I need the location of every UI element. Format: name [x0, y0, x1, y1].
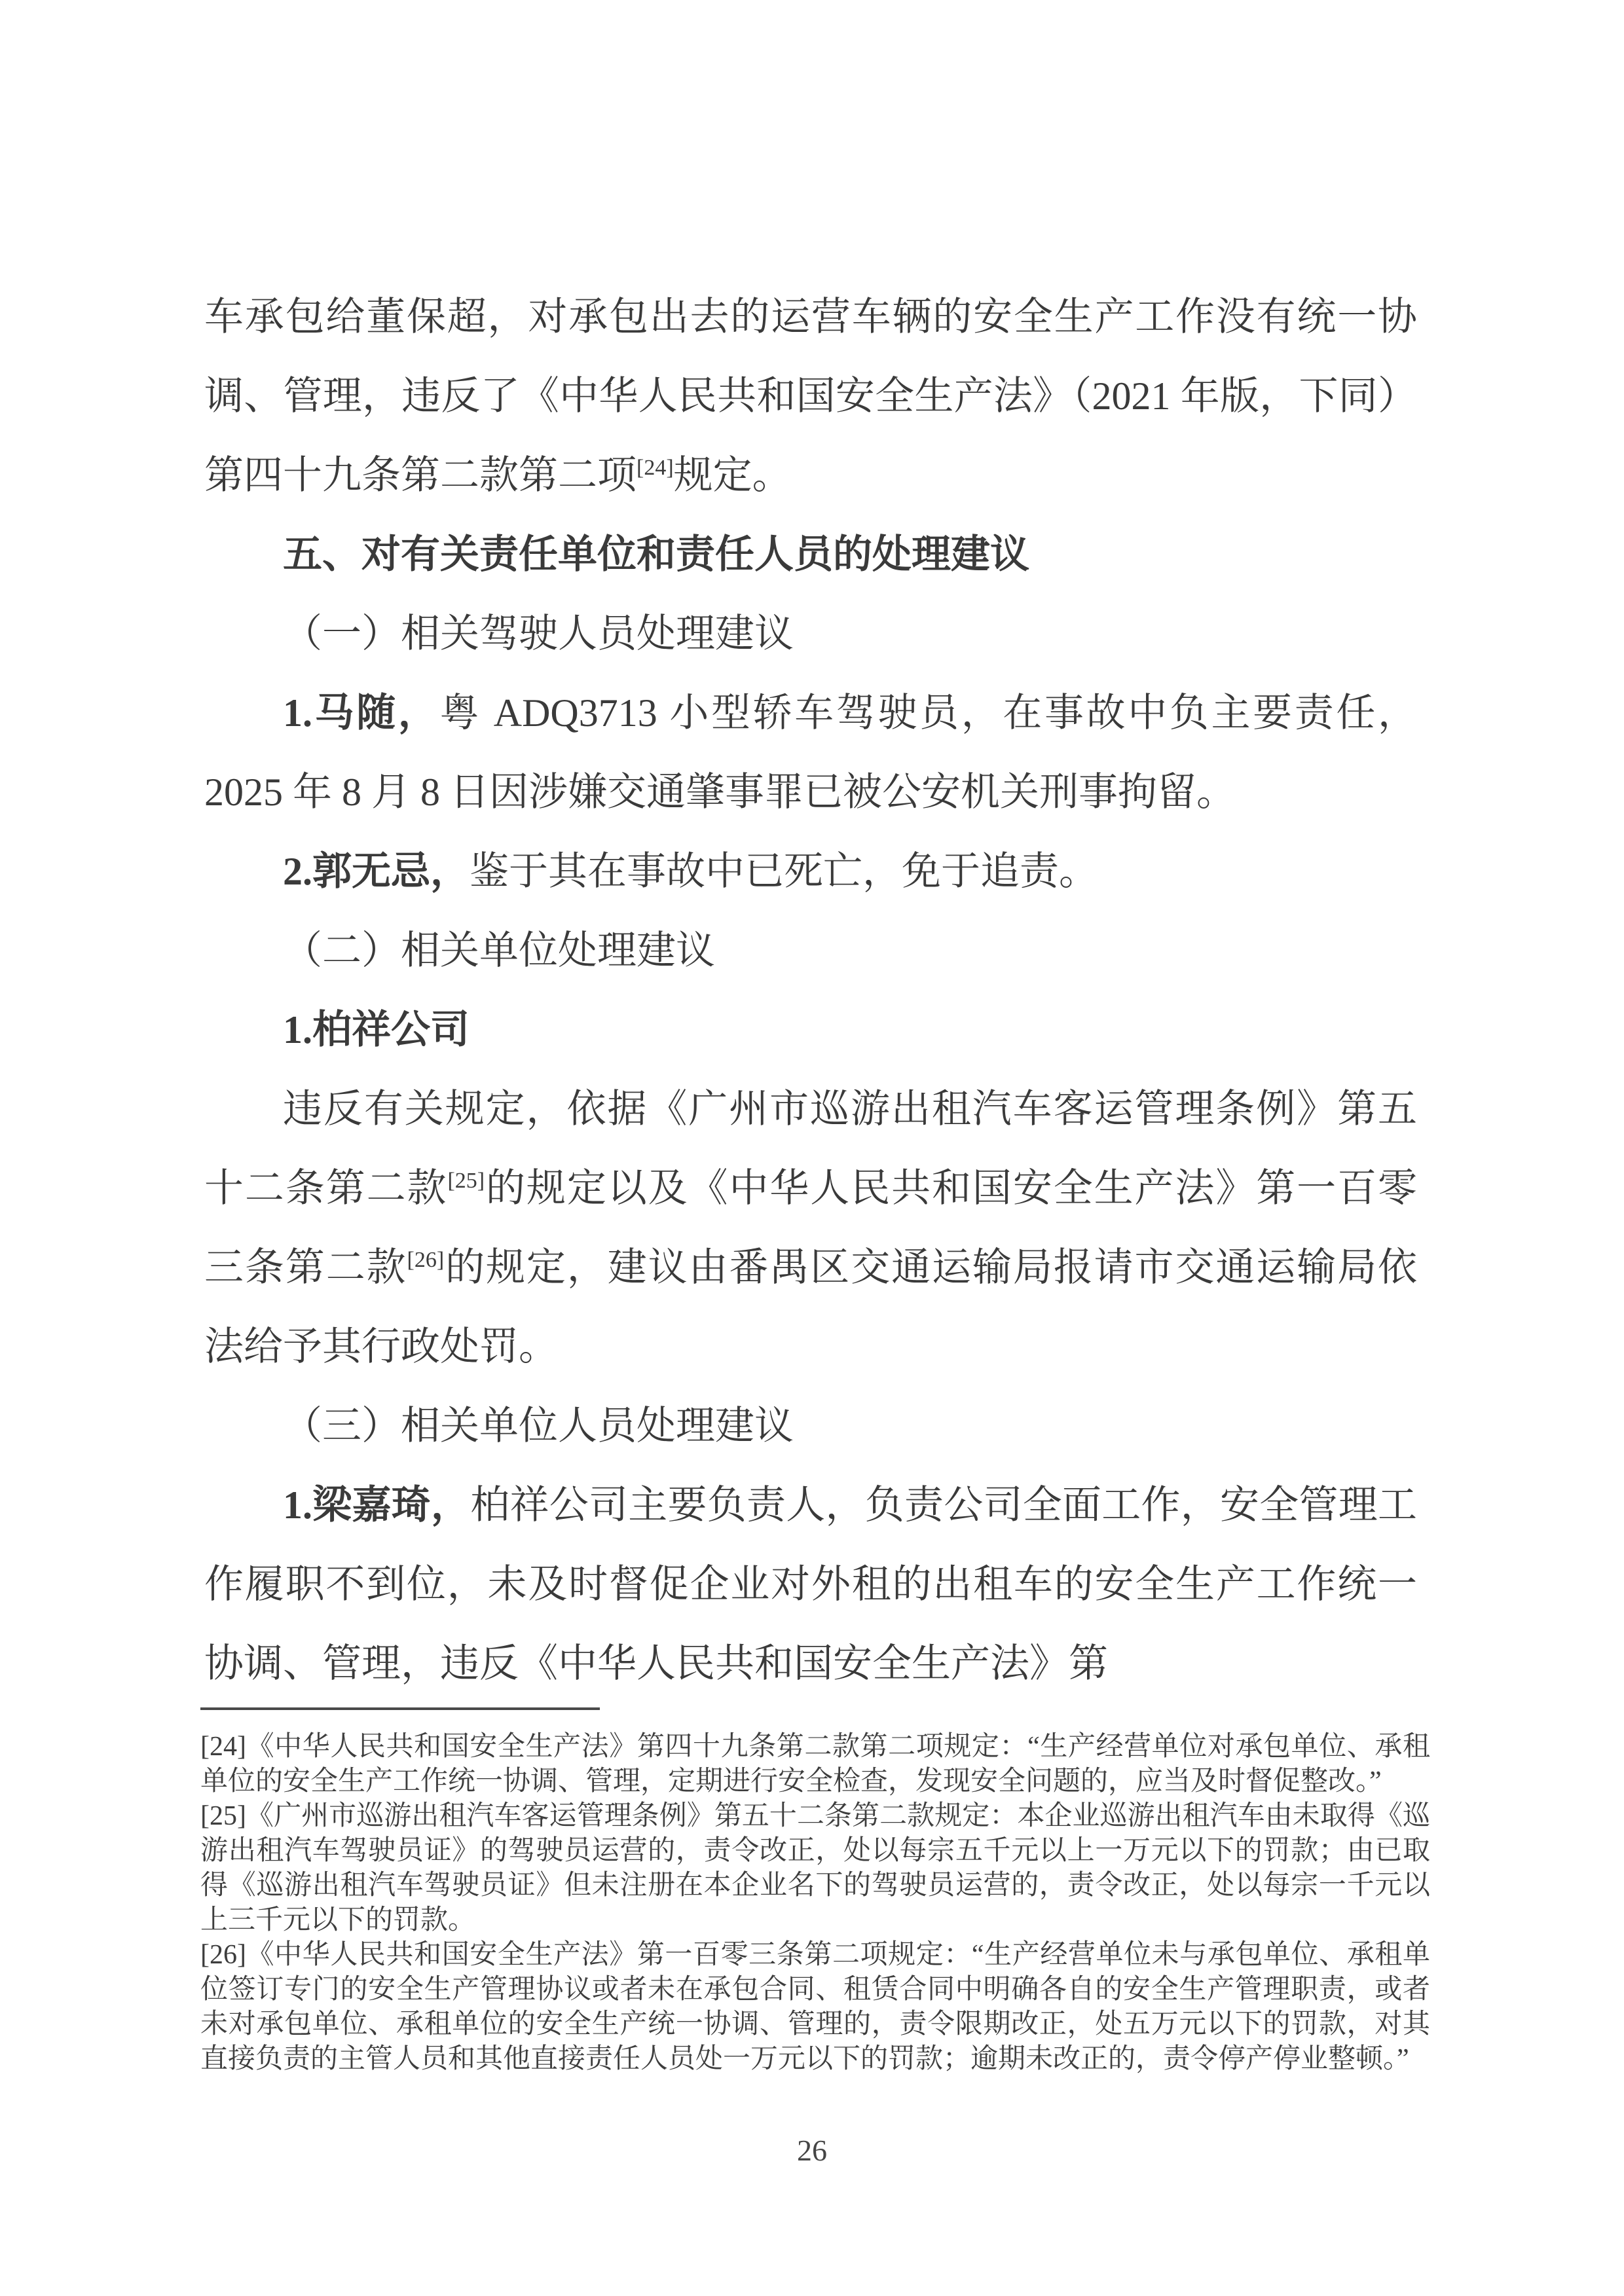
- footnote-ref-26: [26]: [407, 1248, 445, 1272]
- paragraph-company-heading: 1.柏祥公司: [204, 991, 1417, 1070]
- footnote-26: [26]《中华人民共和国安全生产法》第一百零三条第二项规定：“生产经营单位未与承…: [200, 1938, 1430, 2077]
- company-name: 1.柏祥公司: [283, 1008, 470, 1051]
- paragraph-continuation: 车承包给董保超，对承包出去的运营车辆的安全生产工作没有统一协调、管理，违反了《中…: [204, 278, 1417, 515]
- subsection-heading-1: （一）相关驾驶人员处理建议: [204, 594, 1417, 674]
- subsection-heading-2: （二）相关单位处理建议: [204, 911, 1417, 991]
- paragraph-text: 规定。: [674, 454, 792, 497]
- subsection-heading-3: （三）相关单位人员处理建议: [204, 1387, 1417, 1466]
- document-body: 车承包给董保超，对承包出去的运营车辆的安全生产工作没有统一协调、管理，违反了《中…: [204, 278, 1417, 1704]
- page-number: 26: [0, 2133, 1624, 2168]
- person-name: 2.郭无忌，: [283, 850, 470, 893]
- footnote-ref-25: [25]: [447, 1169, 485, 1193]
- footnote-25: [25]《广州市巡游出租汽车客运管理条例》第五十二条第二款规定：本企业巡游出租汽…: [200, 1799, 1430, 1938]
- footnote-separator: [200, 1707, 600, 1710]
- document-page: 车承包给董保超，对承包出去的运营车辆的安全生产工作没有统一协调、管理，违反了《中…: [0, 0, 1624, 2296]
- person-name: 1.梁嘉琦，: [283, 1484, 470, 1527]
- footnote-24: [24]《中华人民共和国安全生产法》第四十九条第二款第二项规定：“生产经营单位对…: [200, 1730, 1430, 1799]
- footnotes: [24]《中华人民共和国安全生产法》第四十九条第二款第二项规定：“生产经营单位对…: [200, 1707, 1430, 2077]
- paragraph-liang-jiaqi: 1.梁嘉琦，柏祥公司主要负责人，负责公司全面工作，安全管理工作履职不到位，未及时…: [204, 1466, 1417, 1704]
- person-name: 1.马随，: [283, 691, 440, 735]
- paragraph-ma-sui: 1.马随，粤 ADQ3713 小型轿车驾驶员，在事故中负主要责任，2025 年 …: [204, 674, 1417, 832]
- paragraph-guo-wuji: 2.郭无忌，鉴于其在事故中已死亡，免于追责。: [204, 832, 1417, 911]
- paragraph-company-penalty: 违反有关规定，依据《广州市巡游出租汽车客运管理条例》第五十二条第二款[25]的规…: [204, 1070, 1417, 1387]
- section-heading-5: 五、对有关责任单位和责任人员的处理建议: [204, 515, 1417, 594]
- footnote-ref-24: [24]: [637, 456, 674, 480]
- paragraph-text: 鉴于其在事故中已死亡，免于追责。: [470, 850, 1098, 893]
- paragraph-text: 车承包给董保超，对承包出去的运营车辆的安全生产工作没有统一协调、管理，违反了《中…: [204, 295, 1417, 497]
